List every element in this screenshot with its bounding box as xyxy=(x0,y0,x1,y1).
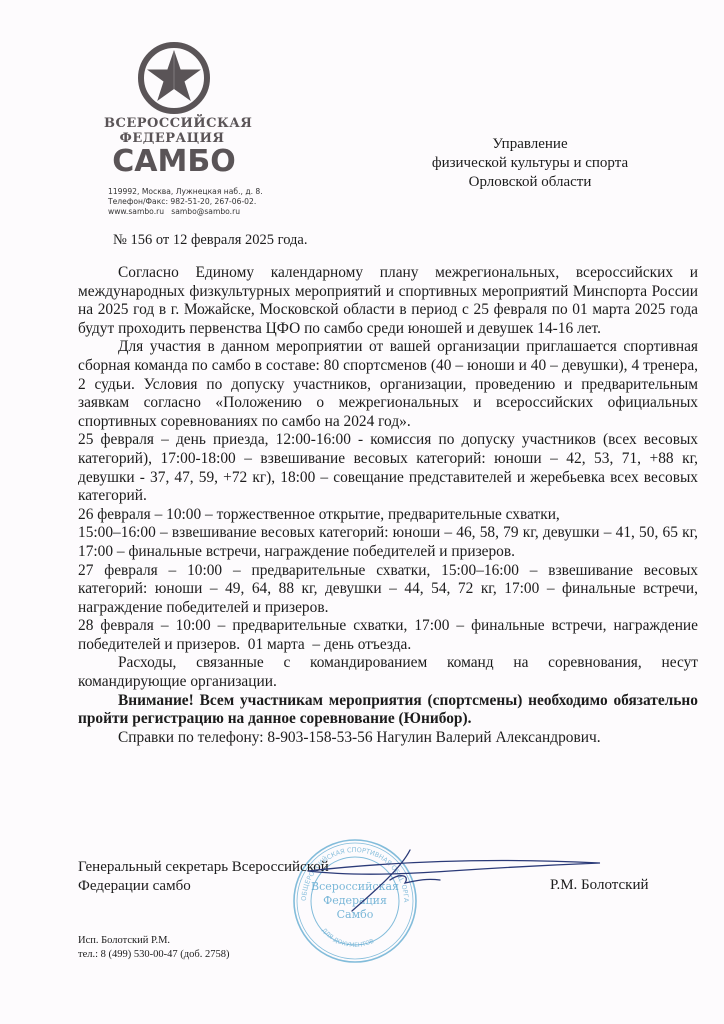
star-in-circle-icon xyxy=(136,40,212,116)
letter-reference-number: № 156 от 12 февраля 2025 года. xyxy=(113,232,307,249)
svg-text:ДЛЯ ДОКУМЕНТОВ: ДЛЯ ДОКУМЕНТОВ xyxy=(320,927,375,949)
org-contacts: 119992, Москва, Лужнецкая наб., д. 8. Те… xyxy=(108,187,298,217)
signatory-name: Р.М. Болотский xyxy=(550,877,649,894)
paragraph-attention: Внимание! Всем участникам мероприятия (с… xyxy=(78,692,698,729)
paragraph-contact: Справки по телефону: 8-903-158-53-56 Наг… xyxy=(78,729,698,748)
org-address: 119992, Москва, Лужнецкая наб., д. 8. xyxy=(108,187,298,197)
schedule-day-26-cont: 15:00–16:00 – взвешивание весовых катего… xyxy=(78,524,698,561)
executor-phone: тел.: 8 (499) 530-00-47 (доб. 2758) xyxy=(78,948,229,962)
executor-name: Исп. Болотский Р.М. xyxy=(78,934,229,948)
paragraph-expenses: Расходы, связанные с командированием ком… xyxy=(78,654,698,691)
paragraph-invitation: Для участия в данном мероприятии от ваше… xyxy=(78,338,698,431)
schedule-day-26: 26 февраля – 10:00 – торжественное откры… xyxy=(78,506,698,525)
addressee-line3: Орловской области xyxy=(420,173,640,192)
org-web-email: www.sambo.ru sambo@sambo.ru xyxy=(108,207,298,217)
paragraph-intro: Согласно Единому календарному плану межр… xyxy=(78,264,698,338)
addressee-line2: физической культуры и спорта xyxy=(420,154,640,173)
schedule-day-25: 25 февраля – день приезда, 12:00-16:00 -… xyxy=(78,431,698,505)
signatory-title-line1: Генеральный секретарь Всероссийской xyxy=(78,858,329,877)
addressee-line1: Управление xyxy=(420,135,640,154)
org-name-line1: ВСЕРОССИЙСКАЯ xyxy=(104,116,240,131)
signatory-title: Генеральный секретарь Всероссийской Феде… xyxy=(78,858,329,896)
addressee: Управление физической культуры и спорта … xyxy=(420,135,640,192)
schedule-day-27: 27 февраля – 10:00 – предварительные схв… xyxy=(78,562,698,618)
schedule-day-28: 28 февраля – 10:00 – предварительные схв… xyxy=(78,617,698,654)
signatory-title-line2: Федерации самбо xyxy=(78,877,329,896)
letter-body: Согласно Единому календарному плану межр… xyxy=(78,264,698,747)
org-name-sambo: САМБО xyxy=(106,144,242,179)
executor-info: Исп. Болотский Р.М. тел.: 8 (499) 530-00… xyxy=(78,934,229,962)
org-phone-fax: Телефон/Факс: 982-51-20, 267-06-02. xyxy=(108,197,298,207)
